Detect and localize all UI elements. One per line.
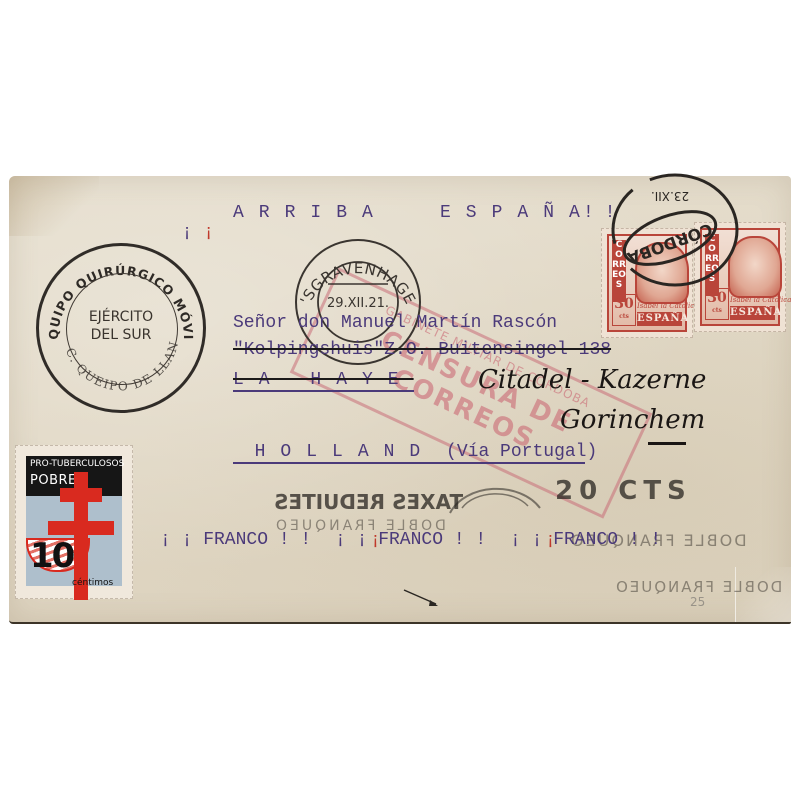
cachet-line-1: EJÉRCITO — [39, 308, 203, 326]
heading-open-mark-red: ¡ — [203, 223, 214, 243]
footer-red-mark-2: ¡ — [545, 531, 556, 551]
stamp-tb-unit: céntimos — [72, 578, 113, 588]
lorraine-cross-bar-2 — [48, 521, 114, 535]
svg-text:23.XII.: 23.XII. — [651, 189, 689, 203]
heading-word-arriba: ARRIBA — [233, 203, 388, 223]
handwritten-underline — [648, 442, 686, 445]
heading-open-mark: ¡ — [182, 223, 204, 243]
stamp-tb-line-1: PRO-TUBERCULOSOS — [30, 459, 124, 469]
stamp-subject: Isabel la Católica — [637, 302, 698, 310]
address-route: (Vía Portugal) — [446, 442, 597, 462]
lorraine-cross-bar-1 — [60, 488, 102, 502]
address-line-recipient: Señor don Manuel Martín Rascón — [233, 313, 557, 333]
partial-postmark-arc — [440, 468, 550, 518]
address-line-country: HOLLAND (Vía Portugal) — [233, 422, 585, 464]
address-line-city-struck: LA HAYE — [233, 370, 414, 392]
heading-line: ¡ ¡ — [160, 203, 214, 243]
corner-crease — [9, 176, 99, 236]
svg-text:29.XII.21.: 29.XII.21. — [327, 296, 389, 311]
pen-arrow-mark — [402, 588, 442, 610]
postmark-cordoba-rings: 23.XII. CÓRDOBA — [590, 170, 740, 300]
footer-red-mark-1: ¡ — [370, 531, 381, 551]
pencil-note: 25 — [690, 595, 705, 609]
stamp-country: ESPAÑA — [730, 306, 775, 320]
footer-slogan-2: ¡ ¡ FRANCO ! ! — [335, 530, 486, 550]
handwritten-redirect-line-1: Citadel - Kazerne — [478, 365, 706, 395]
cachet-center-text: EJÉRCITO DEL SUR — [39, 308, 203, 344]
address-line-street-struck: "Kolpingshuis"Z.O. Buitensingel 138 — [233, 340, 611, 360]
address-country: HOLLAND — [255, 442, 436, 462]
stamp-tb-value: 10 — [30, 536, 73, 576]
tax-mark-fragment-2: DOBLE FRANQUEO — [600, 560, 782, 596]
tax-mark-amount: 20 CTS — [555, 476, 692, 506]
cachet-ejercito-del-sur: EQUIPO QUIRÚRGICO MÓVIL L. C. QUEIPO DE … — [36, 243, 206, 413]
heading-word-espana: ESPAÑA — [440, 203, 595, 223]
footer-slogan-1: ¡ ¡ FRANCO ! ! — [160, 530, 311, 550]
footer-slogan-3: ¡ ¡ FRANCO ! ! — [510, 530, 661, 550]
stamp-pro-tuberculosos: PRO-TUBERCULOSOS POBRES 10 céntimos — [15, 445, 133, 599]
postmark-cordoba: 23.XII. CÓRDOBA — [590, 170, 740, 300]
stamp-country: ESPAÑA — [637, 312, 682, 326]
handwritten-redirect-line-2: Gorinchem — [560, 405, 705, 435]
cachet-line-2: DEL SUR — [39, 326, 203, 344]
